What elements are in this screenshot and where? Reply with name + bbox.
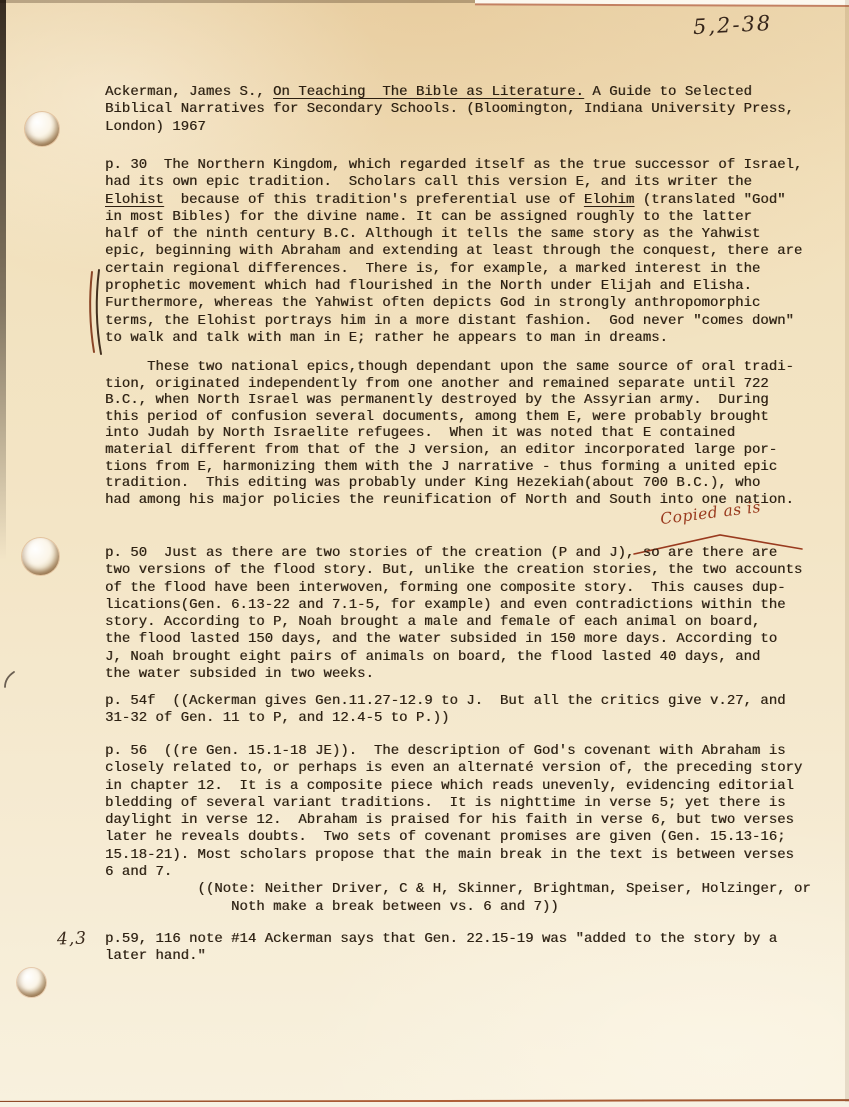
- pencil-tick-mark: [2, 670, 18, 690]
- left-margin-code-handwritten: 4,3: [57, 928, 88, 949]
- note-p56: p. 56 ((re Gen. 15.1-18 JE)). The descri…: [105, 743, 837, 916]
- corner-code-handwritten: 5,2-38: [692, 11, 772, 39]
- note-p30: p. 30 The Northern Kingdom, which regard…: [105, 157, 837, 347]
- note-p50: p. 50 Just as there are two stories of t…: [105, 545, 837, 683]
- note-p30-text-3: (translated "God" in most Bibles) for th…: [105, 192, 802, 346]
- scan-edge-right: [845, 0, 849, 1107]
- note-p54f: p. 54f ((Ackerman gives Gen.11.27-12.9 t…: [105, 693, 837, 728]
- scan-edge-left: [0, 0, 6, 560]
- citation-title-underlined: On Teaching The Bible as Literature.: [273, 84, 584, 100]
- note-oral-epics: These two national epics,though dependan…: [105, 359, 837, 508]
- punch-hole-middle: [22, 538, 59, 575]
- citation-author: Ackerman, James S.,: [105, 84, 273, 100]
- note-p30-elohim-underlined: Elohim: [584, 192, 634, 208]
- scan-edge-bottom: [0, 1102, 849, 1107]
- note-p59: p.59, 116 note #14 Ackerman says that Ge…: [105, 931, 837, 966]
- note-p30-text-2: because of this tradition's preferential…: [164, 192, 584, 208]
- scanned-page: 5,2-38 Ackerman, James S., On Teaching T…: [0, 0, 849, 1107]
- note-p30-elohist-underlined: Elohist: [105, 192, 164, 208]
- punch-hole-bottom: [17, 968, 46, 997]
- scan-edge-top-white: [475, 0, 849, 7]
- note-p30-text-1: p. 30 The Northern Kingdom, which regard…: [105, 157, 802, 190]
- punch-hole-top: [25, 112, 59, 146]
- margin-emphasis-mark: [85, 268, 107, 356]
- citation: Ackerman, James S., On Teaching The Bibl…: [105, 84, 837, 136]
